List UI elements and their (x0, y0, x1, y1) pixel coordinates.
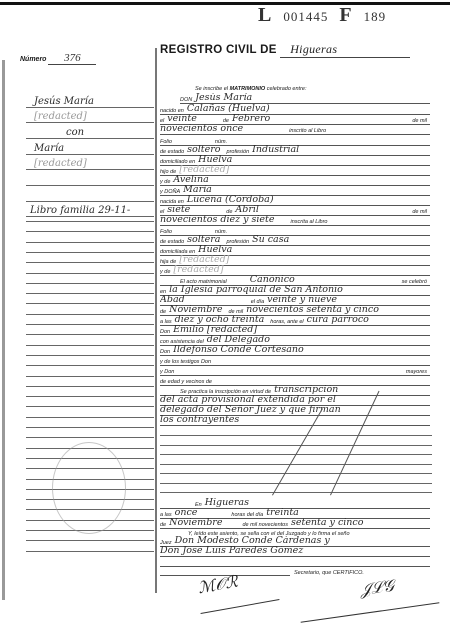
margin-ruled-line (26, 303, 154, 304)
margin-con: con (26, 127, 84, 138)
closing-place: Higueras (205, 498, 249, 508)
margin-book-note: Libro familia 29-11- (26, 205, 130, 216)
margin-line (26, 190, 154, 202)
margin-ruled-line (26, 396, 154, 397)
margin-line: Jesús María (26, 96, 154, 108)
bride-birth-day: siete (167, 205, 190, 215)
margin-groom-surname: [redacted] (26, 111, 87, 122)
ceremony-type: Canónico (250, 275, 295, 285)
groom-year-row: novecientos once inscrito al Libro (160, 124, 430, 135)
cancelled-ruled-line (160, 492, 432, 493)
signature-flourish (201, 599, 280, 614)
cancelled-ruled-line (160, 464, 432, 465)
folio-number: 189 (364, 9, 387, 24)
secretario-signature: 𝒥ℒ𝒢 (359, 576, 396, 601)
secretario-name: Don José Luis Paredes Gómez (160, 546, 303, 556)
cancelled-ruled-line (160, 435, 432, 436)
margin-line (26, 174, 154, 186)
ceremony-officiant: Emilio [redacted] (173, 325, 257, 335)
ceremony-place: la Iglesia parroquial de San Antonio (169, 285, 343, 295)
margin-ruled-line (26, 231, 154, 232)
margin-ruled-line (26, 324, 154, 325)
ref-letter: L (258, 4, 272, 26)
ceremony-place-cont: Abad (160, 295, 185, 305)
numero-value: 376 (48, 52, 96, 65)
margin-bride: María (26, 143, 64, 154)
cancelled-ruled-line (160, 473, 432, 474)
margin-ruled-line (26, 293, 154, 294)
closing-day: treinta (266, 508, 299, 518)
page-title: REGISTRO CIVIL DE Higueras (160, 42, 410, 58)
bride-father: [redacted] (179, 255, 229, 265)
intro-bold: MATRIMONIO (230, 86, 266, 92)
margin-line: con (26, 127, 154, 139)
certifico-row: Secretario, que CERTIFICO. (160, 566, 430, 576)
margin-bride-surname: [redacted] (26, 158, 87, 169)
margin-line: Libro familia 29-11- (26, 205, 154, 217)
column-divider (155, 48, 157, 593)
margin-ruled-line (26, 262, 154, 263)
margin-ruled-line (26, 540, 154, 541)
signature-flourish (301, 602, 440, 622)
juez-name: Don Modesto Conde Cárdenas y (175, 536, 330, 546)
margin-ruled-line (26, 334, 154, 335)
intro-prefix: Se inscribe el (195, 86, 228, 92)
ceremony-day: veinte y nueve (267, 295, 337, 305)
cancelled-ruled-line (160, 483, 432, 484)
margin-line: [redacted] (26, 111, 154, 123)
seal-stamp (52, 442, 126, 534)
margin-ruled-line (26, 242, 154, 243)
ref-number: 001445 (283, 9, 328, 24)
virtud-value-3: delegado del Señor Juez y que firman (160, 405, 341, 415)
folio-letter: F (339, 4, 352, 26)
bride-birth-month: Abril (235, 205, 259, 215)
ceremony-asistencia: del Delegado (207, 335, 270, 345)
bride-birth-year: novecientos diez y siete (160, 215, 275, 225)
entry-number: Número 376 (20, 52, 96, 65)
virtud-value: transcripción (274, 385, 338, 395)
don-label: DON (180, 97, 192, 103)
inscrito-label: inscrito al Libro (289, 128, 326, 134)
bride-birthplace: Lucena (Córdoba) (187, 195, 274, 205)
margin-line: María (26, 143, 154, 155)
margin-ruled-line (26, 314, 154, 315)
margin-ruled-line (26, 437, 154, 438)
ceremony-delegado: Ildefonso Conde Cortesano (173, 345, 304, 355)
intro-suffix: celebrado entre: (267, 86, 307, 92)
margin-ruled-line (26, 345, 154, 346)
margin-ruled-line (26, 365, 154, 366)
ceremony-hour: diez y ocho treinta (175, 315, 265, 325)
groom-name: Jesús María (195, 93, 252, 103)
groom-birthplace: Calañas (Huelva) (187, 104, 270, 114)
margin-line: [redacted] (26, 158, 154, 170)
ceremony-year: novecientos setenta y cinco (246, 305, 379, 315)
margin-ruled-line (26, 406, 154, 407)
virtud-row-4: los contrayentes (160, 415, 430, 426)
margin-ruled-line (26, 355, 154, 356)
registry-place: Higueras (280, 42, 410, 58)
numero-label: Número (20, 56, 46, 63)
bride-profesion: Su casa (252, 235, 289, 245)
virtud-value-4: los contrayentes (160, 415, 239, 425)
bride-domicilio: Huelva (198, 245, 232, 255)
page-edge-shadow (2, 60, 5, 600)
ceremony-month: Noviembre (169, 305, 222, 315)
bride-name: María (183, 185, 212, 195)
bride-estado: soltera (187, 235, 220, 245)
certifico-label: Secretario, que CERTIFICO. (294, 570, 364, 576)
margin-ruled-line (26, 551, 154, 552)
groom-birth-month: Febrero (232, 114, 270, 124)
closing-hour: once (175, 508, 198, 518)
groom-profesion: Industrial (252, 145, 299, 155)
margin-ruled-line (26, 283, 154, 284)
cancelled-ruled-line (160, 445, 432, 446)
bride-mother: [redacted] (173, 265, 223, 275)
virtud-value-2: del acta provisional extendida por el (160, 395, 336, 405)
groom-birth-year: novecientos once (160, 124, 243, 134)
margin-ruled-line (26, 386, 154, 387)
margin-groom: Jesús María (26, 96, 94, 107)
groom-mother: Avelina (173, 175, 208, 185)
groom-name-row: DON Jesús María (180, 93, 430, 104)
margin-ruled-line (26, 221, 154, 222)
margin-ruled-line (26, 417, 154, 418)
margin-ruled-line (26, 376, 154, 377)
margin-ruled-line (26, 427, 154, 428)
margin-ruled-line (26, 273, 154, 274)
groom-estado: soltero (187, 145, 220, 155)
title-label: REGISTRO CIVIL DE (160, 44, 277, 56)
groom-birth-day: veinte (167, 114, 197, 124)
ceremony-officiant-role: cura párroco (307, 315, 369, 325)
entry-intro: Se inscribe el MATRIMONIO celebrado entr… (195, 86, 307, 92)
register-reference: L 001445 F 189 (258, 4, 392, 27)
groom-domicilio: Huelva (198, 155, 232, 165)
groom-father: [redacted] (179, 165, 229, 175)
margin-ruled-line (26, 252, 154, 253)
